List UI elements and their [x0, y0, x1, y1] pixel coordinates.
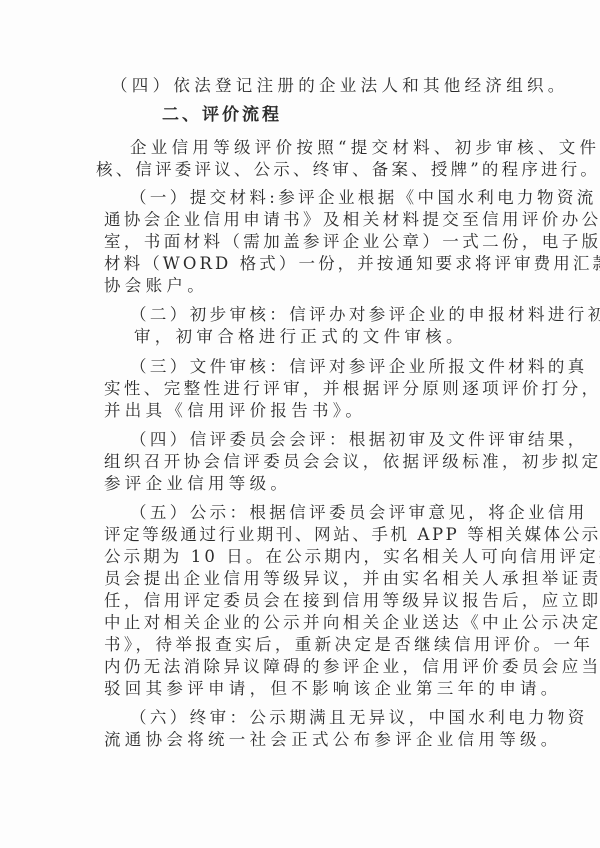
step-5-line-4: 员会提出企业信用等级异议，并由实名相关人承担举证责 — [104, 569, 600, 589]
step-5-line-8: 内仍无法消除异议障碍的参评企业，信用评价委员会应当 — [104, 657, 600, 677]
step-3-line-2: 实性、完整性进行评审，并根据评分原则逐项评价打分， — [104, 379, 600, 399]
process-intro-line-1: 企业信用等级评价按照“提交材料、初步审核、文件审 — [130, 138, 600, 158]
step-6-line-1: （六）终审：公示期满且无异议，中国水利电力物资 — [130, 708, 588, 728]
step-4-line-1: （四）信评委员会会评：根据初审及文件评审结果， — [130, 430, 588, 450]
step-1-line-3: 室，书面材料（需加盖参评企业公章）一式二份，电子版 — [104, 232, 600, 252]
step-1-line-5: 协会账户。 — [104, 276, 208, 296]
step-5-line-6: 中止对相关企业的公示并向相关企业送达《中止公示决定 — [104, 613, 600, 633]
document-page: （四）依法登记注册的企业法人和其他经济组织。 二、评价流程 企业信用等级评价按照… — [0, 0, 600, 848]
step-5-line-3: 公示期为 10 日。在公示期内，实名相关人可向信用评定委 — [104, 547, 600, 567]
step-2-line-2: 审，初审合格进行正式的文件审核。 — [134, 327, 467, 347]
step-5-line-9: 驳回其参评申请，但不影响该企业第三年的申请。 — [104, 679, 562, 699]
step-5-line-2: 评定等级通过行业期刊、网站、手机 APP 等相关媒体公示， — [104, 525, 600, 545]
step-5-line-5: 任，信用评定委员会在接到信用等级异议报告后，应立即 — [104, 591, 600, 611]
step-5-line-1: （五）公示：根据信评委员会评审意见，将企业信用 — [130, 503, 588, 523]
step-1-line-4: 材料（WORD 格式）一份，并按通知要求将评审费用汇款至 — [104, 254, 600, 274]
step-4-line-3: 参评企业信用等级。 — [104, 474, 291, 494]
step-2-line-1: （二）初步审核：信评办对参评企业的申报材料进行初 — [130, 305, 600, 325]
step-6-line-2: 流通协会将统一社会正式公布参评企业信用等级。 — [104, 730, 562, 750]
step-4-line-2: 组织召开协会信评委员会会议，依据评级标准，初步拟定 — [104, 452, 600, 472]
section-2-title: 二、评价流程 — [162, 105, 282, 125]
step-3-line-1: （三）文件审核：信评对参评企业所报文件材料的真 — [130, 357, 588, 377]
step-5-line-7: 书》，待举报查实后，重新决定是否继续信用评价。一年 — [104, 635, 593, 655]
step-1-line-1: （一）提交材料:参评企业根据《中国水利电力物资流 — [130, 188, 597, 208]
process-intro-line-2: 核、信评委评议、公示、终审、备案、授牌”的程序进行。 — [96, 160, 600, 180]
item-4-eligibility: （四）依法登记注册的企业法人和其他经济组织。 — [111, 76, 569, 96]
step-3-line-3: 并出具《信用评价报告书》。 — [104, 401, 366, 421]
step-1-line-2: 通协会企业信用申请书》及相关材料提交至信用评价办公 — [104, 210, 600, 230]
